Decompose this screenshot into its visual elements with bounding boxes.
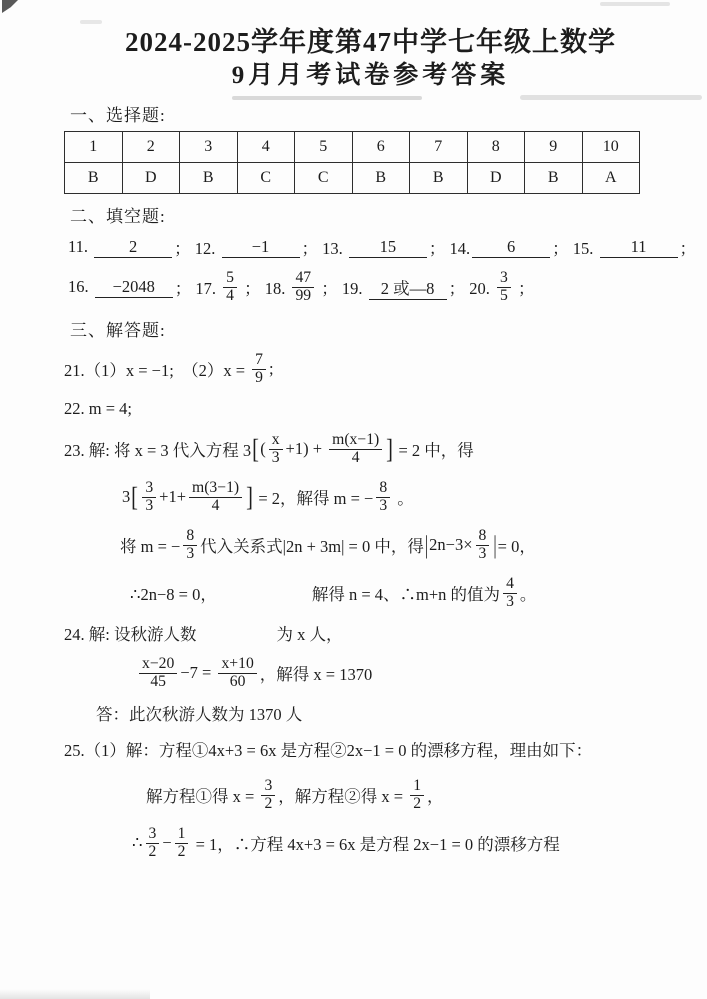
fraction-numerator: m(3−1)	[189, 480, 242, 498]
fraction-denominator: 3	[503, 594, 517, 611]
text-run: ∴2n−8 = 0，	[130, 581, 217, 605]
fraction-denominator: 2	[175, 844, 189, 861]
text-run: ；	[514, 275, 535, 299]
solution-q24-line3: 答：此次秋游人数为 1370 人	[96, 698, 677, 728]
answer-letter-cell: B	[352, 163, 410, 194]
fraction-numerator: x+10	[218, 656, 256, 674]
answer-blank: 2 或—8	[369, 275, 447, 300]
fraction: 54	[223, 270, 237, 305]
text-run: ，解方程②得 x =	[278, 783, 407, 807]
big-bracket: ]	[386, 436, 393, 463]
fraction-denominator: 2	[410, 796, 424, 813]
text-run: 24. 解: 设秋游人数	[64, 621, 196, 645]
answer-blank: 2	[94, 237, 172, 258]
document-title-line1: 2024-2025学年度第47中学七年级上数学	[64, 26, 677, 58]
text-run: (	[260, 439, 266, 459]
fraction: 35	[497, 270, 511, 305]
question-number-cell: 7	[410, 132, 468, 163]
text-run: ； 13.	[302, 235, 347, 259]
fraction-denominator: 45	[147, 674, 169, 691]
question-number-cell: 10	[582, 132, 640, 163]
answer-letter-cell: D	[467, 163, 525, 194]
solution-q25-line2: 解方程①得 x = 32，解方程②得 x = 12，	[146, 772, 677, 818]
text-run: 2n−3×	[429, 535, 472, 555]
fraction-denominator: 3	[183, 546, 197, 563]
fraction-denominator: 2	[146, 844, 160, 861]
text-run: = 1，∴方程 4x+3 = 6x 是方程 2x−1 = 0 的漂移方程	[191, 831, 559, 855]
fraction-numerator: 47	[292, 270, 314, 288]
solution-q23-line4: ∴2n−8 = 0，解得 n = 4、∴m+n 的值为43。	[130, 570, 677, 616]
question-number-cell: 8	[467, 132, 525, 163]
fraction-numerator: 8	[183, 528, 197, 546]
question-number-cell: 9	[525, 132, 583, 163]
fraction-denominator: 3	[142, 498, 156, 515]
fraction: 83	[376, 480, 390, 515]
text-run: 3	[122, 487, 130, 507]
scan-artifact-smudge	[80, 20, 102, 24]
text-run: ； 12.	[174, 235, 219, 259]
text-run: ； 19.	[317, 275, 367, 299]
answer-letter-cell: C	[237, 163, 295, 194]
document-title-line2: 9月月考试卷参考答案	[64, 61, 677, 91]
fraction: 32	[261, 778, 275, 813]
solution-q24-line2: x−2045−7 = x+1060，解得 x = 1370	[136, 650, 677, 696]
abs-value-bar: |	[425, 530, 428, 561]
fraction: 43	[503, 576, 517, 611]
question-number-cell: 1	[65, 132, 123, 163]
fraction-numerator: 3	[146, 826, 160, 844]
scan-artifact-smudge	[232, 96, 422, 100]
text-run: ;	[269, 359, 274, 379]
question-number-cell: 4	[237, 132, 295, 163]
answer-letter-cell: B	[180, 163, 238, 194]
table-row-answers: BDBCCBBDBA	[65, 163, 640, 194]
answer-letter-cell: D	[122, 163, 180, 194]
answer-letter-cell: B	[410, 163, 468, 194]
fraction-numerator: 8	[476, 528, 490, 546]
fraction-denominator: 4	[209, 498, 223, 515]
solution-q23-line3: 将 m = −83代入关系式|2n + 3m| = 0 中，得|2n−3×83|…	[120, 522, 677, 568]
text-run: = 0，	[498, 533, 536, 557]
text-run: ； 15.	[552, 235, 597, 259]
answer-blank: 15	[349, 237, 427, 258]
text-run: −7 =	[180, 663, 215, 683]
section-heading-fill: 二、填空题:	[70, 202, 677, 227]
big-bracket: [	[131, 484, 138, 511]
text-run: −	[162, 833, 171, 853]
big-bracket: ]	[246, 484, 253, 511]
question-number-cell: 5	[295, 132, 353, 163]
text-run: 。	[393, 485, 414, 509]
scan-artifact-smudge	[600, 2, 670, 6]
big-bracket: [	[252, 436, 259, 463]
fill-answers-row-1: 11. 2； 12. −1； 13. 15； 14.6； 15. 11；	[68, 232, 677, 262]
text-run: 23. 解: 将 x = 3 代入方程 3	[64, 437, 251, 461]
fraction-numerator: m(x−1)	[329, 432, 382, 450]
solution-q25-line3: ∴32−12 = 1，∴方程 4x+3 = 6x 是方程 2x−1 = 0 的漂…	[132, 820, 677, 866]
text-run: 25.（1）解：方程①4x+3 = 6x 是方程②2x−1 = 0 的漂移方程，…	[64, 737, 592, 761]
fraction-denominator: 99	[292, 288, 314, 305]
fraction-denominator: 3	[476, 546, 490, 563]
fraction: m(3−1)4	[189, 480, 242, 515]
answer-letter-cell: C	[295, 163, 353, 194]
solution-q22: 22. m = 4;	[64, 394, 677, 424]
scanned-answer-sheet: 2024-2025学年度第47中学七年级上数学 9月月考试卷参考答案 一、选择题…	[0, 0, 707, 999]
text-run: +1+	[159, 487, 186, 507]
choice-answer-table: 12345678910 BDBCCBBDBA	[64, 131, 640, 194]
solution-q25-line1: 25.（1）解：方程①4x+3 = 6x 是方程②2x−1 = 0 的漂移方程，…	[64, 734, 677, 764]
fill-answers-row-2: 16. −2048； 17. 54 ； 18. 4799 ； 19. 2 或—8…	[68, 264, 677, 310]
answer-letter-cell: B	[525, 163, 583, 194]
text-run: ； 14.	[429, 235, 470, 259]
text-run: 11.	[68, 237, 92, 257]
fraction: 4799	[292, 270, 314, 305]
answer-letter-cell: A	[582, 163, 640, 194]
answer-blank: −1	[222, 237, 300, 258]
text-run: 答：此次秋游人数为 1370 人	[96, 701, 302, 725]
text-run: = 2，解得 m = −	[254, 485, 373, 509]
fraction-denominator: 4	[223, 288, 237, 305]
text-run: 。	[520, 581, 537, 605]
text-run: ； 18.	[240, 275, 290, 299]
answer-letter-cell: B	[65, 163, 123, 194]
text-run: 21.（1）x = −1; （2）x =	[64, 357, 249, 381]
fraction-numerator: x	[269, 432, 283, 450]
fraction-numerator: 1	[175, 826, 189, 844]
fraction-numerator: 1	[410, 778, 424, 796]
fraction-numerator: 3	[261, 778, 275, 796]
question-number-cell: 3	[180, 132, 238, 163]
fraction-denominator: 3	[269, 450, 283, 467]
answer-blank: −2048	[95, 277, 173, 298]
fraction: 83	[476, 528, 490, 563]
text-run: +1) +	[286, 439, 327, 459]
fraction-denominator: 5	[497, 288, 511, 305]
fraction-numerator: 7	[252, 352, 266, 370]
question-number-cell: 6	[352, 132, 410, 163]
fraction-denominator: 9	[252, 370, 266, 387]
fraction: m(x−1)4	[329, 432, 382, 467]
text-run: 为 x 人，	[276, 621, 342, 645]
solution-q21: 21.（1）x = −1; （2）x = 79;	[64, 346, 677, 392]
text-run: 代入关系式|2n + 3m| = 0 中，得	[200, 533, 424, 557]
text-run: 解得 n = 4、∴m+n 的值为	[312, 581, 500, 605]
fraction: x+1060	[218, 656, 256, 691]
fraction-denominator: 3	[376, 498, 390, 515]
fraction-numerator: 5	[223, 270, 237, 288]
section-heading-choice: 一、选择题:	[70, 101, 677, 126]
text-run: ； 17.	[175, 275, 220, 299]
text-run: ；	[680, 235, 697, 259]
fraction-numerator: 8	[376, 480, 390, 498]
abs-value-bar: |	[493, 530, 496, 561]
fraction-numerator: 4	[503, 576, 517, 594]
fraction-numerator: 3	[142, 480, 156, 498]
text-run: 将 m = −	[120, 533, 180, 557]
text-run: ，	[427, 783, 444, 807]
scan-artifact-shadow	[0, 989, 150, 999]
text-run: 22. m = 4;	[64, 399, 132, 419]
fraction-denominator: 60	[227, 674, 249, 691]
fraction: 79	[252, 352, 266, 387]
scan-artifact-corner	[2, 0, 18, 13]
scan-artifact-smudge	[520, 95, 702, 100]
text-run: = 2 中，得	[394, 437, 473, 461]
fraction: 33	[142, 480, 156, 515]
fraction: x−2045	[139, 656, 177, 691]
fraction-denominator: 4	[349, 450, 363, 467]
solution-q23-line1: 23. 解: 将 x = 3 代入方程 3[(x3+1) + m(x−1)4] …	[64, 426, 677, 472]
fraction: 12	[175, 826, 189, 861]
text-run: 16.	[68, 277, 93, 297]
solution-q24-line1: 24. 解: 设秋游人数为 x 人，	[64, 618, 677, 648]
text-run: 解方程①得 x =	[146, 783, 258, 807]
fraction: x3	[269, 432, 283, 467]
text-run: ； 20.	[449, 275, 494, 299]
text-run: ，解得 x = 1370	[260, 661, 372, 685]
section-heading-solve: 三、解答题:	[70, 316, 677, 341]
answer-blank: 11	[600, 237, 678, 258]
fraction-numerator: 3	[497, 270, 511, 288]
answer-blank: 6	[472, 237, 550, 258]
fraction-numerator: x−20	[139, 656, 177, 674]
table-row-numbers: 12345678910	[65, 132, 640, 163]
fraction: 83	[183, 528, 197, 563]
fraction: 12	[410, 778, 424, 813]
fraction: 32	[146, 826, 160, 861]
solution-q23-line2: 3[33+1+m(3−1)4] = 2，解得 m = −83 。	[122, 474, 677, 520]
fraction-denominator: 2	[261, 796, 275, 813]
text-run: ∴	[132, 833, 143, 853]
question-number-cell: 2	[122, 132, 180, 163]
